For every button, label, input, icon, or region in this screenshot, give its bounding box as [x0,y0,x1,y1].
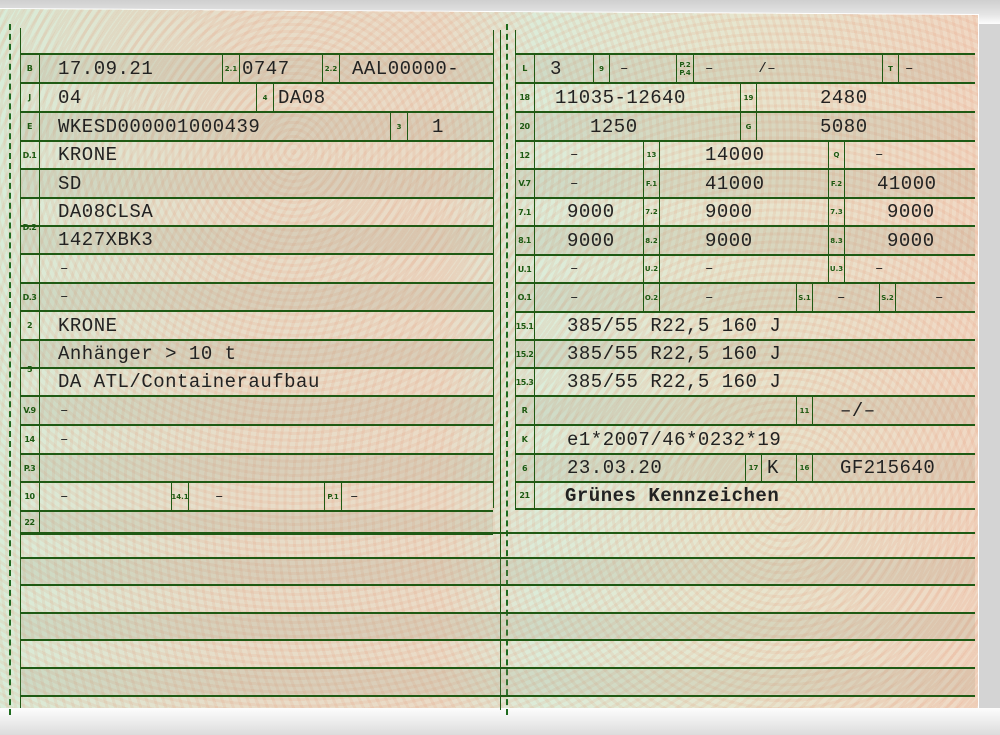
field-label: F.2 [828,170,845,197]
blank-ruled-area [20,533,975,708]
field-U3-value: – [875,256,884,282]
field-20-value: 1250 [590,113,638,140]
field-label: 2 [20,312,40,339]
field-label: 8.3 [828,227,845,254]
row-U: U.1 – U.2 – U.3 – [515,256,975,284]
field-label: D.2 [20,170,40,284]
field-F1-value: 41000 [705,170,765,197]
scan-border-bottom [0,708,1000,735]
field-label: P.4 [679,69,690,77]
field-Q-value: – [875,142,884,168]
field-T-value: – [905,55,914,82]
row-J: J 04 4 DA08 [20,84,493,113]
row-R: R 11 –/– [515,397,975,426]
field-label: 3 [390,113,408,140]
field-label: 13 [643,142,660,168]
left-field-grid: B 17.09.21 2.1 0747 2.2 AAL00000- J 04 4… [20,53,493,535]
field-D2-line-1: SD [58,170,82,197]
field-label: 16 [796,455,813,481]
blank-row [20,586,975,614]
field-label: U.2 [643,256,660,282]
field-label: Q [828,142,845,168]
field-label: J [20,84,40,111]
field-17-value: K [767,455,779,481]
field-label: 7.1 [515,199,535,225]
field-label: 2.2 [322,55,340,82]
field-label: U.3 [828,256,845,282]
field-label: 19 [740,84,757,111]
field-label: 7.3 [828,199,845,225]
field-3-value: 1 [432,113,444,140]
field-label: 4 [256,84,274,111]
field-K-value: e1*2007/46*0232*19 [567,426,781,453]
field-2-2-value: AAL00000- [352,55,459,82]
field-label: T [882,55,899,82]
row-P3: P.3 [20,455,493,483]
field-label: 5 [20,341,40,397]
field-label: 17 [745,455,762,481]
row-D3: D.3 – [20,284,493,312]
field-2-1-value: 0747 [242,55,290,82]
field-7-2-value: 9000 [705,199,753,225]
frame-line [493,30,494,508]
field-label: P.3 [20,455,40,481]
blank-row [20,641,975,669]
field-label: S.1 [796,284,813,311]
field-O2-value: – [705,284,714,311]
field-11-value: –/– [840,397,876,424]
row-8: 8.1 9000 8.2 9000 8.3 9000 [515,227,975,256]
field-5-line-2: DA ATL/Containeraufbau [58,369,320,395]
field-label-P2-P4: P.2 P.4 [676,55,694,82]
field-label: U.1 [515,256,535,282]
right-field-grid: L 3 9 – P.2 P.4 – /– T – 18 11035-12640 … [515,53,975,510]
field-label: 7.2 [643,199,660,225]
row-15-1: 15.1 385/55 R22,5 160 J [515,313,975,341]
field-label: 20 [515,113,535,140]
field-label: G [740,113,757,140]
field-S1-value: – [837,284,846,311]
field-D2-line-3: 1427XBK3 [58,227,153,253]
field-7-3-value: 9000 [887,199,935,225]
field-J-value: 04 [58,84,82,111]
field-D2-line-2: DA08CLSA [58,199,153,225]
field-V7-value: – [570,170,579,197]
field-G-value: 5080 [820,113,868,140]
field-label: 15.1 [515,313,535,339]
field-label: R [515,397,535,424]
field-label: 8.2 [643,227,660,254]
field-L-value: 3 [550,55,562,82]
row-L: L 3 9 – P.2 P.4 – /– T – [515,55,975,84]
row-2: 2 KRONE [20,312,493,341]
blank-row [20,533,975,559]
row-B: B 17.09.21 2.1 0747 2.2 AAL00000- [20,55,493,84]
field-18-value: 11035-12640 [555,84,686,111]
field-label: P.2 [679,61,690,69]
field-label: 8.1 [515,227,535,254]
blank-row [20,506,975,534]
field-4-value: DA08 [278,84,326,111]
field-label: 15.3 [515,369,535,395]
row-5-line: DA ATL/Containeraufbau [20,369,493,397]
field-label: B [20,55,40,82]
field-label: V.9 [20,397,40,424]
row-K: K e1*2007/46*0232*19 [515,426,975,455]
field-21-value: Grünes Kennzeichen [565,483,779,508]
field-label: F.1 [643,170,660,197]
field-label: 15.2 [515,341,535,367]
field-13-value: 14000 [705,142,765,168]
field-19-value: 2480 [820,84,868,111]
field-label: D.3 [20,284,40,310]
field-U1-value: – [570,256,579,282]
field-P2-P4-value: – /– [705,55,776,82]
field-D1-value: KRONE [58,142,118,168]
field-label: 12 [515,142,535,168]
field-label: K [515,426,535,453]
row-V9: V.9 – [20,397,493,426]
row-20: 20 1250 G 5080 [515,113,975,142]
field-label: 14 [20,426,40,453]
field-label: E [20,113,40,140]
row-E: E WKESD000001000439 3 1 [20,113,493,142]
field-B-value: 17.09.21 [58,55,153,82]
row-5-line: Anhänger > 10 t [20,341,493,369]
field-D2-line-4: – [60,255,69,282]
row-15-2: 15.2 385/55 R22,5 160 J [515,341,975,369]
row-12: 12 – 13 14000 Q – [515,142,975,170]
field-14-value: – [60,426,69,453]
row-14: 14 – [20,426,493,455]
field-label: 21 [515,483,535,508]
field-U2-value: – [705,256,714,282]
field-label: D.1 [20,142,40,168]
field-label: L [515,55,535,82]
field-7-1-value: 9000 [567,199,615,225]
row-D2-line: 1427XBK3 [20,227,493,255]
field-label: 6 [515,455,535,481]
field-label: 2.1 [222,55,240,82]
field-12-value: – [570,142,579,168]
field-label: O.2 [643,284,660,311]
field-15-3-value: 385/55 R22,5 160 J [567,369,781,395]
perforation-left [9,24,11,715]
field-5-line-1: Anhänger > 10 t [58,341,237,367]
row-O: O.1 – O.2 – S.1 – S.2 – [515,284,975,313]
row-V7: V.7 – F.1 41000 F.2 41000 [515,170,975,199]
field-label: 11 [796,397,813,424]
field-15-1-value: 385/55 R22,5 160 J [567,313,781,339]
row-D2-line: DA08CLSA [20,199,493,227]
blank-row [20,614,975,641]
field-label: O.1 [515,284,535,311]
field-2-value: KRONE [58,312,118,339]
field-6-value: 23.03.20 [567,455,662,481]
row-D2-line: SD [20,170,493,199]
field-8-2-value: 9000 [705,227,753,254]
field-label: 18 [515,84,535,111]
field-label: S.2 [879,284,896,311]
field-E-value: WKESD000001000439 [58,113,260,140]
row-6: 6 23.03.20 17 K 16 GF215640 [515,455,975,483]
row-D1: D.1 KRONE [20,142,493,170]
field-D3-value: – [60,284,69,310]
field-9-value: – [620,55,629,82]
row-D2-line: – [20,255,493,284]
field-O1-value: – [570,284,579,311]
field-S2-value: – [935,284,944,311]
field-15-2-value: 385/55 R22,5 160 J [567,341,781,367]
field-V9-value: – [60,397,69,424]
field-label: V.7 [515,170,535,197]
field-8-1-value: 9000 [567,227,615,254]
field-8-3-value: 9000 [887,227,935,254]
blank-row [20,669,975,697]
field-16-value: GF215640 [840,455,935,481]
field-F2-value: 41000 [877,170,937,197]
row-7: 7.1 9000 7.2 9000 7.3 9000 [515,199,975,227]
field-label: 9 [593,55,610,82]
row-18: 18 11035-12640 19 2480 [515,84,975,113]
blank-row [20,559,975,586]
row-15-3: 15.3 385/55 R22,5 160 J [515,369,975,397]
